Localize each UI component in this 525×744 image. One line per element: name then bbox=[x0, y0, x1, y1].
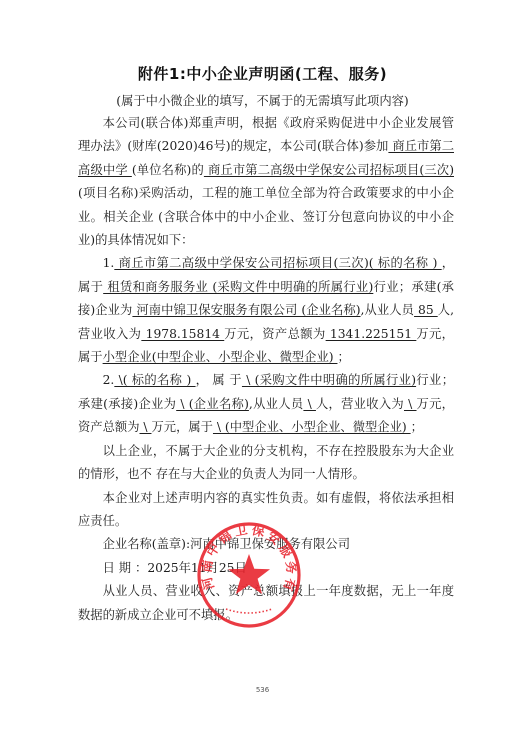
assets-field: 1341.225151 bbox=[326, 327, 417, 341]
static-text: ， 属 于 bbox=[196, 373, 242, 387]
subject-name-field: 商丘市第二高级中学保安公司招标项目(三次)( 标的名称 ) bbox=[114, 256, 441, 270]
assets-field: \ bbox=[140, 420, 152, 434]
enterprise-item-2: 2. \( 标的名称 ) ， 属 于 \ (采购文件中明确的所属行业)行业；承建… bbox=[78, 369, 454, 439]
subject-name-field: \( 标的名称 ) bbox=[114, 373, 195, 387]
intro-text-b: (单位名称)的 bbox=[132, 163, 204, 177]
document-subtitle: (属于中小微企业的填写，不属于的无需填写此项内容) bbox=[0, 91, 525, 109]
static-text: ,从业人员 bbox=[249, 397, 304, 411]
company-name-field: \ (企业名称) bbox=[176, 397, 249, 411]
employees-field: \ bbox=[303, 397, 316, 411]
static-text: ； bbox=[411, 420, 423, 434]
date-value: 2025年11月25日 bbox=[147, 561, 246, 575]
not-large-enterprise-paragraph: 以上企业，不属于大企业的分支机构，不存在控股股东为大企业的情形，也不 存在与大企… bbox=[78, 440, 454, 487]
static-text: 人，营业收入为 bbox=[316, 397, 404, 411]
intro-paragraph: 本公司(联合体)郑重声明，根据《政府采购促进中小企业发展管理办法》(财库(202… bbox=[78, 112, 454, 252]
responsibility-paragraph: 本企业对上述声明内容的真实性负责。如有虚假，将依法承担相应责任。 bbox=[78, 487, 454, 534]
company-name-field: 河南中锦卫保安服务有限公司 (企业名称) bbox=[132, 303, 360, 317]
static-text: ； bbox=[337, 350, 349, 364]
page-number: 536 bbox=[0, 686, 525, 694]
static-text: 万元，资产总额为 bbox=[224, 327, 325, 341]
revenue-field: 1978.15814 bbox=[141, 327, 224, 341]
enterprise-item-1: 1. 商丘市第二高级中学保安公司招标项目(三次)( 标的名称 ) ，属于 租赁和… bbox=[78, 252, 454, 369]
item-number: 1. bbox=[103, 256, 115, 270]
item-number: 2. bbox=[103, 373, 115, 387]
company-value: 河南中锦卫保安服务有限公司 bbox=[190, 537, 350, 551]
company-signature-line: 企业名称(盖章):河南中锦卫保安服务有限公司 bbox=[78, 533, 454, 556]
note-paragraph: 从业人员、营业收入、资产总额填报上一年度数据，无上一年度数据的新成立企业可不填报… bbox=[78, 580, 454, 627]
enterprise-size-field: \ (中型企业、小型企业、微型企业) bbox=[213, 420, 411, 434]
project-name-field: 商丘市第二高级中学保安公司招标项目(三次) bbox=[204, 163, 454, 177]
date-line: 日 期 ：2025年11月25日 bbox=[78, 557, 454, 580]
document-body: 本公司(联合体)郑重声明，根据《政府采购促进中小企业发展管理办法》(财库(202… bbox=[78, 112, 454, 627]
static-text: 万元，属于 bbox=[151, 420, 213, 434]
employees-field: 85 bbox=[414, 303, 438, 317]
company-label: 企业名称(盖章): bbox=[103, 537, 191, 551]
date-label: 日 期 ： bbox=[103, 561, 148, 575]
document-title: 附件1:中小企业声明函(工程、服务) bbox=[0, 63, 525, 84]
enterprise-size-field: 小型企业(中型企业、小型企业、微型企业) bbox=[103, 350, 338, 364]
intro-text-c: (项目名称)采购活动，工程的施工单位全部为符合政策要求的中小企业。相关企业 (含… bbox=[78, 186, 454, 247]
static-text: ,从业人员 bbox=[361, 303, 415, 317]
document-page: 附件1:中小企业声明函(工程、服务) (属于中小微企业的填写，不属于的无需填写此… bbox=[0, 0, 525, 744]
industry-field: \ (采购文件中明确的所属行业) bbox=[242, 373, 416, 387]
industry-field: 租赁和商务服务业 (采购文件中明确的所属行业) bbox=[103, 280, 373, 294]
revenue-field: \ bbox=[404, 397, 417, 411]
